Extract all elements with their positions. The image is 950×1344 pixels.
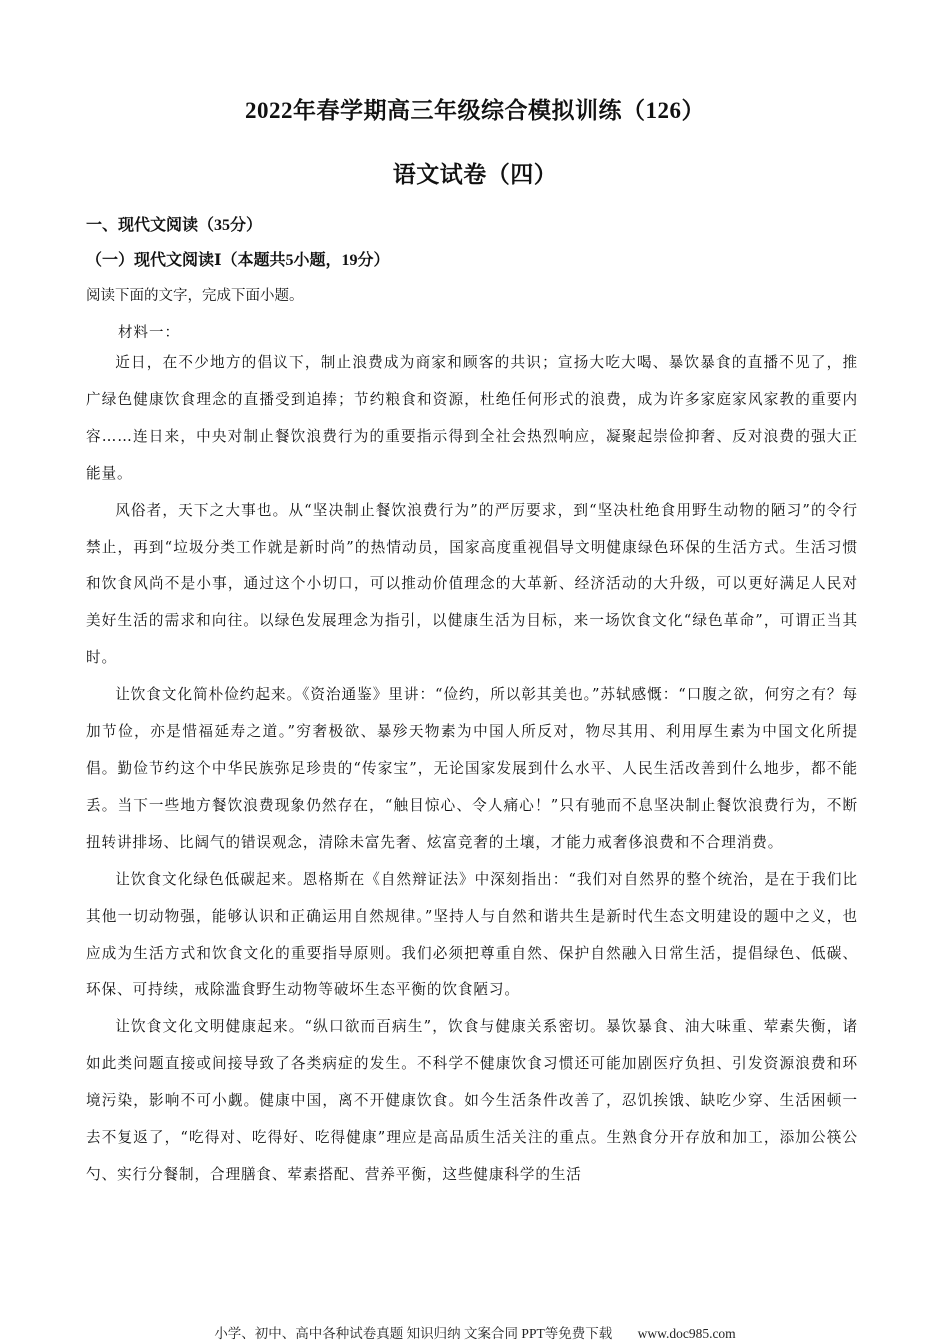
- passage-paragraph: 近日，在不少地方的倡议下，制止浪费成为商家和顾客的共识；宣扬大吃大喝、暴饮暴食的…: [86, 345, 858, 493]
- exam-main-title: 2022年春学期高三年级综合模拟训练（126）: [0, 92, 950, 125]
- footer-ad-text: 小学、初中、高中各种试卷真题 知识归纳 文案合同 PPT等免费下载: [214, 1326, 612, 1341]
- passage-paragraph: 让饮食文化绿色低碳起来。恩格斯在《自然辩证法》中深刻指出：“我们对自然界的整个统…: [86, 862, 858, 1010]
- section-heading: 一、现代文阅读（35分）: [86, 212, 262, 235]
- footer-url-link[interactable]: www.doc985.com: [638, 1326, 736, 1341]
- page-footer: 小学、初中、高中各种试卷真题 知识归纳 文案合同 PPT等免费下载 www.do…: [0, 1322, 950, 1342]
- passage-paragraph: 风俗者，天下之大事也。从“坚决制止餐饮浪费行为”的严厉要求，到“坚决杜绝食用野生…: [86, 493, 858, 678]
- subsection-heading: （一）现代文阅读Ⅰ（本题共5小题，19分）: [86, 247, 390, 270]
- passage-paragraph: 让饮食文化简朴俭约起来。《资治通鉴》里讲：“俭约，所以彰其美也。”苏轼感慨：“口…: [86, 677, 858, 862]
- exam-subtitle: 语文试卷（四）: [0, 156, 950, 189]
- reading-instruction: 阅读下面的文字，完成下面小题。: [86, 284, 858, 305]
- material-label: 材料一：: [118, 321, 180, 342]
- passage-body: 近日，在不少地方的倡议下，制止浪费成为商家和顾客的共识；宣扬大吃大喝、暴饮暴食的…: [86, 345, 858, 1194]
- passage-paragraph: 让饮食文化文明健康起来。“纵口欲而百病生”，饮食与健康关系密切。暴饮暴食、油大味…: [86, 1009, 858, 1194]
